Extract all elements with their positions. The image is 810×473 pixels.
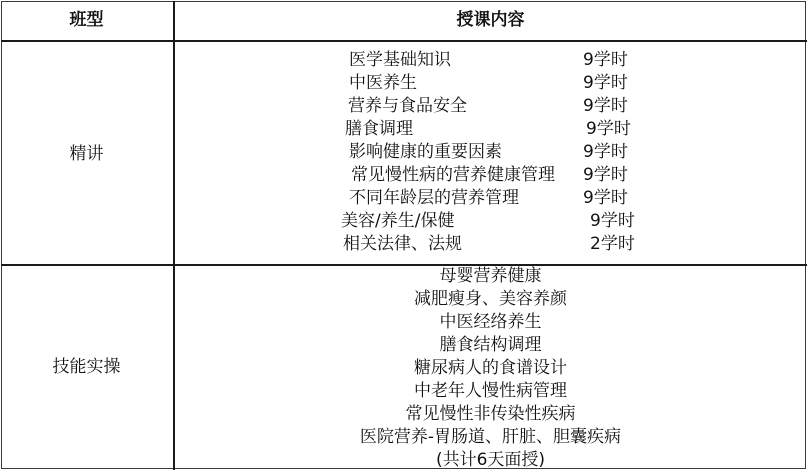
lecture-hours: 9学时 — [583, 95, 628, 117]
lecture-row: 中医养生 9学时 — [0, 72, 810, 94]
practical-total-note: (共计6天面授) — [174, 449, 807, 471]
lecture-row: 常见慢性病的营养健康管理 9学时 — [0, 164, 810, 186]
lecture-hours: 2学时 — [590, 233, 635, 255]
lecture-hours: 9学时 — [583, 49, 628, 71]
lecture-topic: 不同年龄层的营养管理 — [349, 187, 519, 209]
lecture-hours: 9学时 — [583, 72, 628, 94]
class-type-practical: 技能实操 — [0, 356, 173, 378]
header-class-type: 班型 — [0, 9, 173, 31]
lecture-topic: 中医养生 — [349, 72, 417, 94]
lecture-topic: 影响健康的重要因素 — [349, 141, 502, 163]
lecture-row: 美容/养生/保健 9学时 — [0, 210, 810, 232]
lecture-row: 膳食调理 9学时 — [0, 118, 810, 140]
header-content: 授课内容 — [174, 9, 807, 31]
lecture-row: 相关法律、法规 2学时 — [0, 233, 810, 255]
practical-item: 糖尿病人的食谱设计 — [174, 357, 807, 379]
lecture-topic: 常见慢性病的营养健康管理 — [351, 164, 555, 186]
lecture-hours: 9学时 — [583, 141, 628, 163]
practical-item: 中医经络养生 — [174, 311, 807, 333]
practical-item: 母婴营养健康 — [174, 265, 807, 287]
lecture-row: 营养与食品安全 9学时 — [0, 95, 810, 117]
lecture-hours: 9学时 — [590, 210, 635, 232]
lecture-topic: 膳食调理 — [345, 118, 413, 140]
header-divider — [1, 40, 807, 42]
lecture-row: 不同年龄层的营养管理 9学时 — [0, 187, 810, 209]
lecture-hours: 9学时 — [583, 164, 628, 186]
practical-item: 减肥瘦身、美容养颜 — [174, 288, 807, 310]
lecture-topic: 相关法律、法规 — [343, 233, 462, 255]
lecture-topic: 美容/养生/保健 — [341, 210, 454, 232]
lecture-row: 影响健康的重要因素 9学时 — [0, 141, 810, 163]
practical-item: 中老年人慢性病管理 — [174, 380, 807, 402]
lecture-row: 医学基础知识 9学时 — [0, 49, 810, 71]
practical-item: 膳食结构调理 — [174, 334, 807, 356]
practical-item: 医院营养-胃肠道、肝脏、胆囊疾病 — [174, 426, 807, 448]
lecture-topic: 医学基础知识 — [349, 49, 451, 71]
lecture-hours: 9学时 — [583, 187, 628, 209]
lecture-topic: 营养与食品安全 — [348, 95, 467, 117]
practical-item: 常见慢性非传染性疾病 — [174, 403, 807, 425]
lecture-hours: 9学时 — [586, 118, 631, 140]
